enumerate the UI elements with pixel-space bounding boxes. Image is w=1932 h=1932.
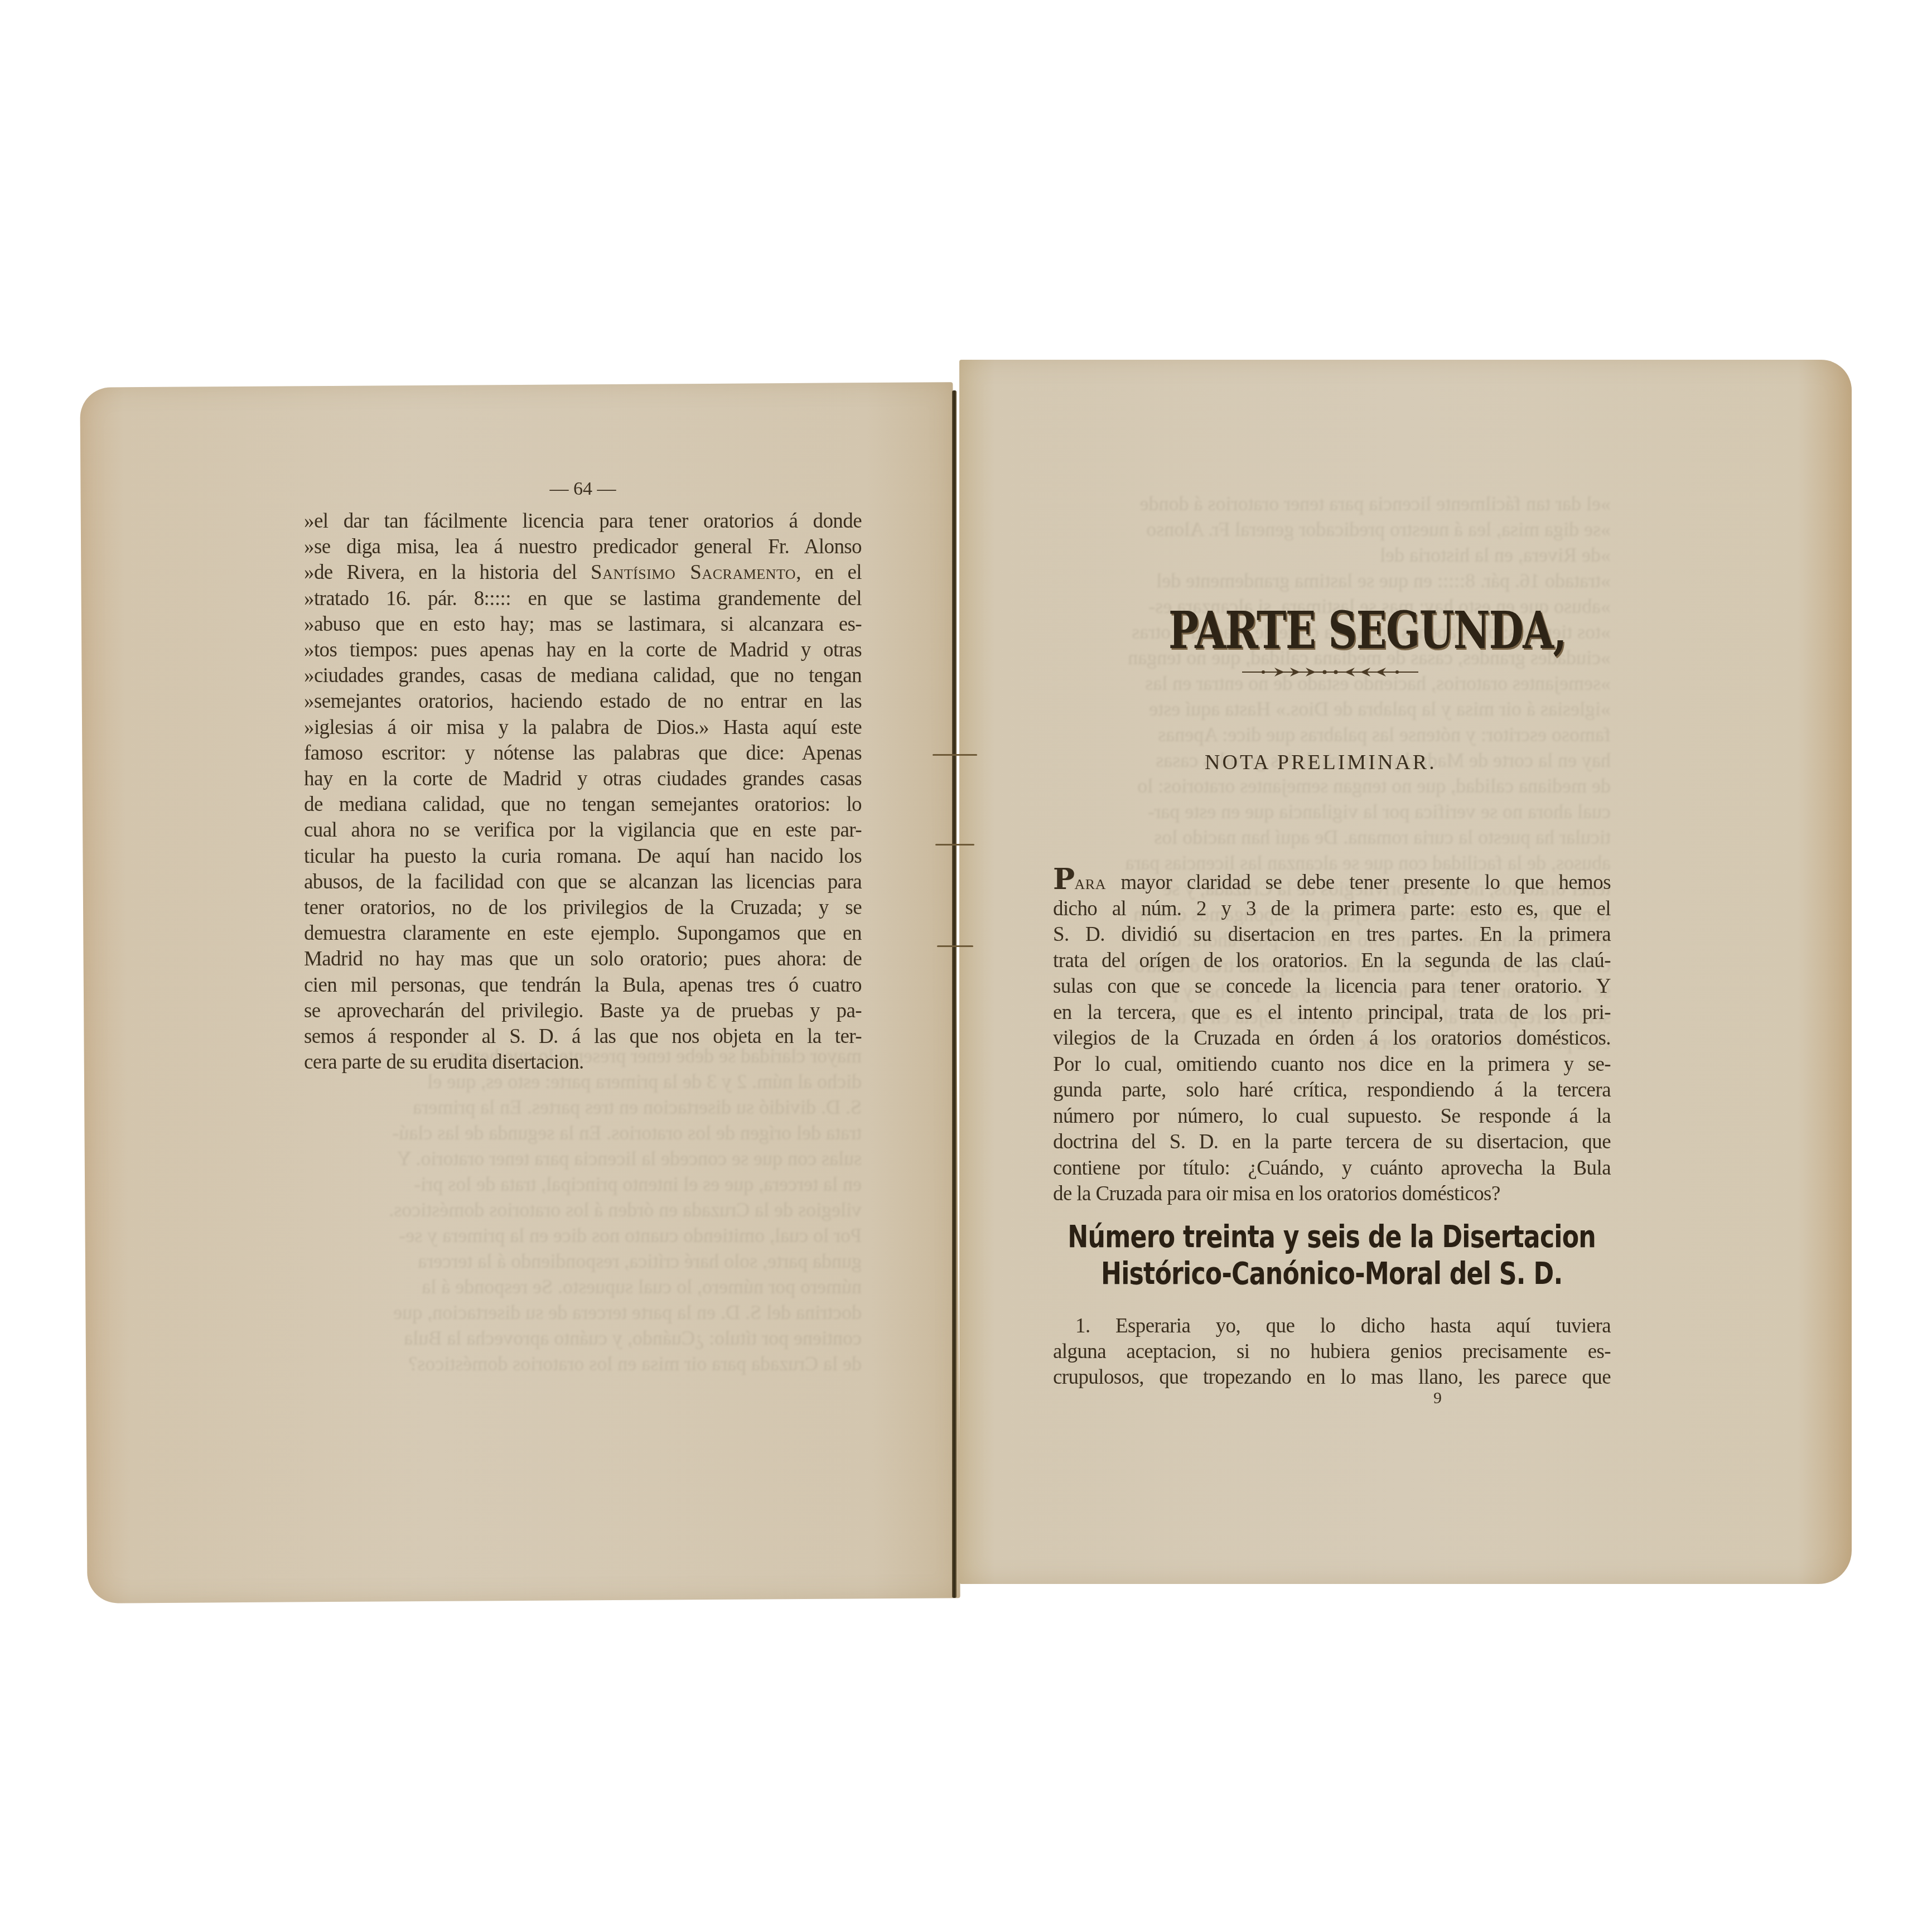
text-line: abusos, de la facilidad con que se alcan… — [304, 870, 862, 895]
text-line: alguna aceptacion, si no hubiera genios … — [1053, 1339, 1611, 1365]
text-line: ticular ha puesto la curia romana. De aq… — [304, 844, 862, 870]
text-line: dicho al núm. 2 y 3 de la primera parte:… — [1053, 896, 1611, 922]
text-line: famoso escritor: y nótense las palabras … — [304, 741, 862, 766]
text-line: »se diga misa, lea á nuestro predicador … — [304, 534, 862, 560]
text-line: de la Cruzada para oir misa en los orato… — [1053, 1181, 1611, 1207]
text-line: semos á responder al S. D. á las que nos… — [304, 1024, 862, 1050]
text-line: número por número, lo cual supuesto. Se … — [1053, 1104, 1611, 1130]
text-line: gunda parte, solo haré crítica, respondi… — [1053, 1078, 1611, 1104]
text-line: se aprovecharán del privilegio. Baste ya… — [304, 998, 862, 1024]
text-line: Para mayor claridad se debe tener presen… — [1053, 870, 1611, 896]
text-line: S. D. dividió su disertacion en tres par… — [1053, 922, 1611, 948]
book-spine — [952, 390, 957, 1598]
stitch-mark — [933, 754, 977, 756]
stitch-mark — [935, 844, 974, 846]
text-line: vilegios de la Cruzada en órden á los or… — [1053, 1026, 1611, 1052]
text-line: Por lo cual, omitiendo cuanto nos dice e… — [1053, 1052, 1611, 1078]
signature-mark: 9 — [1433, 1389, 1442, 1408]
text-line: de mediana calidad, que no tengan semeja… — [304, 792, 862, 818]
text-line: »abuso que en esto hay; mas se lastimara… — [304, 612, 862, 637]
text-line: 1. Esperaria yo, que lo dicho hasta aquí… — [1053, 1313, 1611, 1339]
text-line: hay en la corte de Madrid y otras ciudad… — [304, 766, 862, 792]
heading-line: Histórico-Canónico-Moral del S. D. — [1053, 1255, 1610, 1292]
text-line: trata del orígen de los oratorios. En la… — [1053, 948, 1611, 974]
text-line: demuestra claramente en este ejemplo. Su… — [304, 921, 862, 946]
text-line: tener oratorios, no de los privilegios d… — [304, 895, 862, 921]
section-title: NOTA PRELIMINAR. — [1205, 750, 1437, 775]
ornament-divider-icon — [1241, 664, 1419, 680]
part-title: PARTE SEGUNDA, — [1168, 602, 1434, 658]
text-line: Madrid no hay mas que un solo oratorio; … — [304, 946, 862, 972]
text-line: »el dar tan fácilmente licencia para ten… — [304, 509, 862, 534]
text-line: »semejantes oratorios, haciendo estado d… — [304, 689, 862, 714]
text-line: crupulosos, que tropezando en lo mas lla… — [1053, 1365, 1611, 1390]
text-line: »tos tiempos: pues apenas hay en la cort… — [304, 637, 862, 663]
text-line: »ciudades grandes, casas de mediana cali… — [304, 663, 862, 689]
stitch-mark — [937, 945, 973, 947]
text-line: »iglesias á oir misa y la palabra de Dio… — [304, 715, 862, 741]
text-line: cual ahora no se verifica por la vigilan… — [304, 818, 862, 843]
text-line: en la tercera, que es el intento princip… — [1053, 1000, 1611, 1026]
intro-paragraph: Para mayor claridad se debe tener presen… — [1053, 870, 1611, 1207]
page-number-left: — 64 — — [304, 479, 862, 500]
text-line: cien mil personas, que tendrán la Bula, … — [304, 973, 862, 998]
smallcaps-title: Santísimo Sacramento — [591, 561, 796, 584]
numbered-paragraph: 1. Esperaria yo, que lo dicho hasta aquí… — [1053, 1313, 1611, 1390]
heading-line: Número treinta y seis de la Disertacion — [1053, 1219, 1610, 1255]
left-page-body: »el dar tan fácilmente licencia para ten… — [304, 509, 862, 1075]
text-line: »tratado 16. pár. 8::::: en que se lasti… — [304, 586, 862, 612]
chapter-heading: Número treinta y seis de la Disertacion … — [1053, 1219, 1494, 1292]
text-line: doctrina del S. D. en la parte tercera d… — [1053, 1129, 1611, 1156]
text-line: »de Rivera, en la historia del Santísimo… — [304, 560, 862, 586]
drop-cap: P — [1053, 862, 1075, 896]
text-line: contiene por título: ¿Cuándo, y cuánto a… — [1053, 1156, 1611, 1182]
text-line: sulas con que se concede la licencia par… — [1053, 974, 1611, 1000]
show-through-left: mayor claridad se debe tener presente lo… — [304, 1043, 862, 1389]
text-line: cera parte de su erudita disertacion. — [304, 1050, 862, 1075]
